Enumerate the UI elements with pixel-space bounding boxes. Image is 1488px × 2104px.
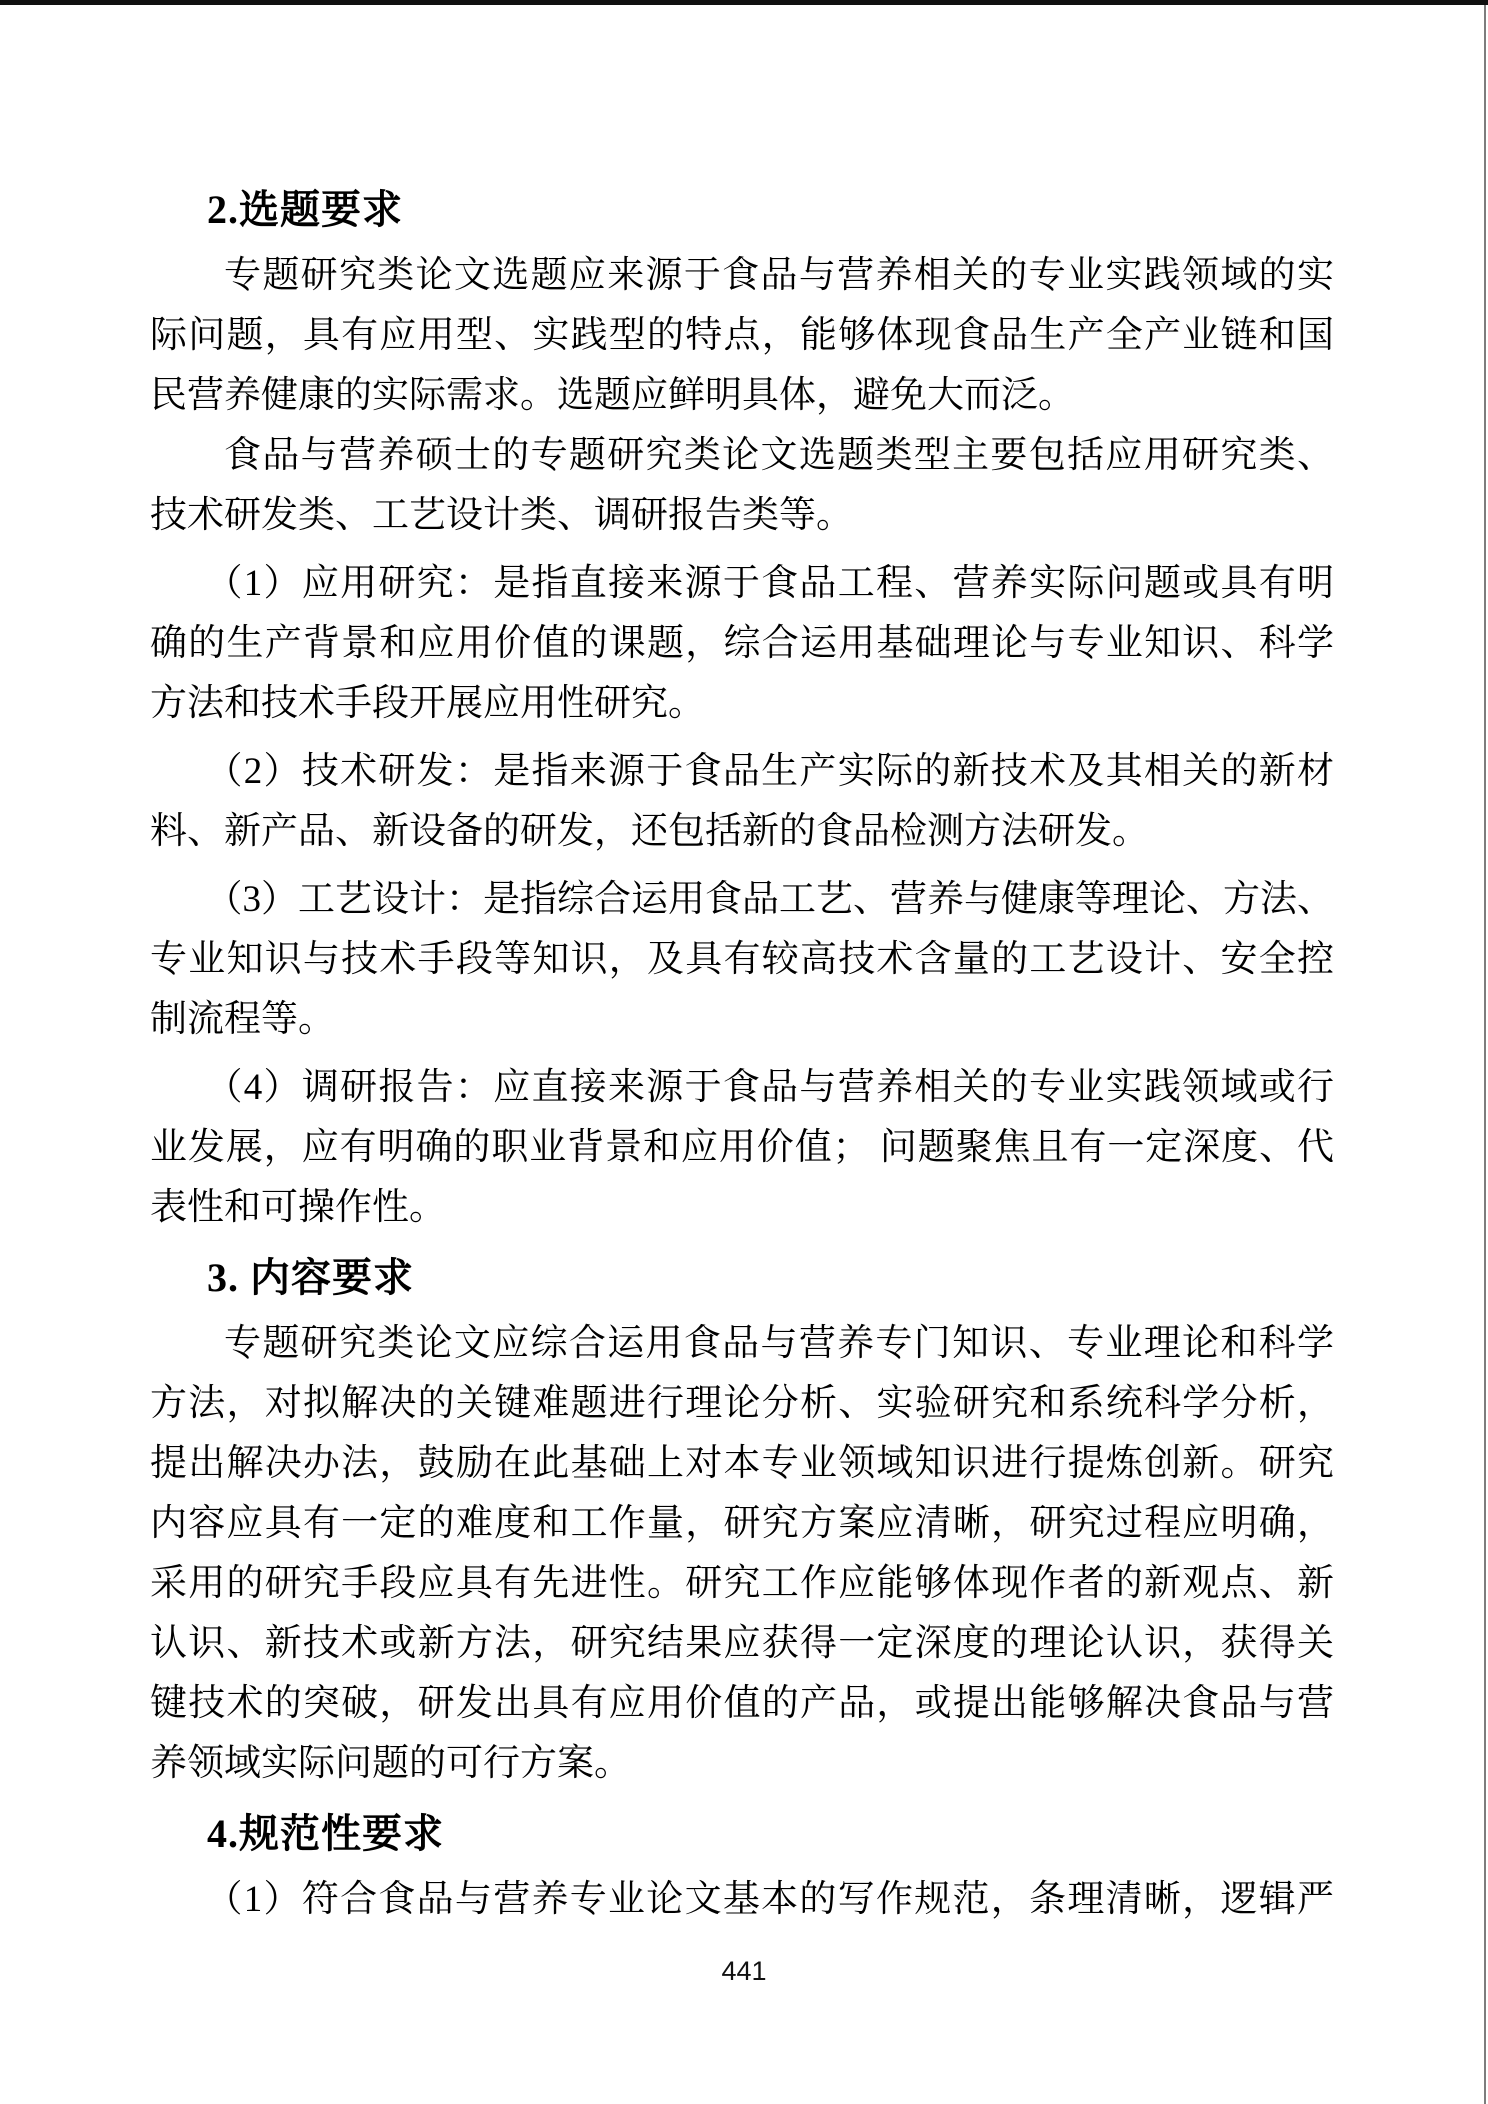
section-heading: 2.选题要求 <box>150 180 1334 240</box>
text-line: （4）调研报告：应直接来源于食品与营养相关的专业实践领域或行 <box>150 1058 1334 1118</box>
text-line: 专业知识与技术手段等知识，及具有较高技术含量的工艺设计、安全控 <box>150 930 1334 990</box>
section-heading: 4.规范性要求 <box>150 1804 1334 1864</box>
paragraph: 专题研究类论文选题应来源于食品与营养相关的专业实践领域的实际问题，具有应用型、实… <box>150 246 1334 426</box>
paragraph: （1）符合食品与营养专业论文基本的写作规范，条理清晰，逻辑严 <box>150 1870 1334 1930</box>
text-line: 养领域实际问题的可行方案。 <box>150 1734 1334 1794</box>
document-page: 2.选题要求专题研究类论文选题应来源于食品与营养相关的专业实践领域的实际问题，具… <box>0 0 1488 2104</box>
paragraph: （4）调研报告：应直接来源于食品与营养相关的专业实践领域或行业发展，应有明确的职… <box>150 1058 1334 1238</box>
paragraph: （2）技术研发：是指来源于食品生产实际的新技术及其相关的新材料、新产品、新设备的… <box>150 742 1334 862</box>
paragraph: （3）工艺设计：是指综合运用食品工艺、营养与健康等理论、方法、专业知识与技术手段… <box>150 870 1334 1050</box>
text-line: 表性和可操作性。 <box>150 1178 1334 1238</box>
text-line: 确的生产背景和应用价值的课题，综合运用基础理论与专业知识、科学 <box>150 614 1334 674</box>
text-line: （1）符合食品与营养专业论文基本的写作规范，条理清晰，逻辑严 <box>150 1870 1334 1930</box>
text-line: 食品与营养硕士的专题研究类论文选题类型主要包括应用研究类、 <box>150 426 1334 486</box>
text-line: 方法和技术手段开展应用性研究。 <box>150 674 1334 734</box>
text-line: （1）应用研究：是指直接来源于食品工程、营养实际问题或具有明 <box>150 554 1334 614</box>
text-line: 料、新产品、新设备的研发，还包括新的食品检测方法研发。 <box>150 802 1334 862</box>
text-line: 认识、新技术或新方法，研究结果应获得一定深度的理论认识，获得关 <box>150 1614 1334 1674</box>
text-line: 制流程等。 <box>150 990 1334 1050</box>
page-right-edge-line <box>1484 5 1486 2104</box>
paragraph: 食品与营养硕士的专题研究类论文选题类型主要包括应用研究类、技术研发类、工艺设计类… <box>150 426 1334 546</box>
text-line: 民营养健康的实际需求。选题应鲜明具体，避免大而泛。 <box>150 366 1334 426</box>
text-line: 提出解决办法，鼓励在此基础上对本专业领域知识进行提炼创新。研究 <box>150 1434 1334 1494</box>
document-body: 2.选题要求专题研究类论文选题应来源于食品与营养相关的专业实践领域的实际问题，具… <box>150 180 1334 1930</box>
text-line: （3）工艺设计：是指综合运用食品工艺、营养与健康等理论、方法、 <box>150 870 1334 930</box>
text-line: 采用的研究手段应具有先进性。研究工作应能够体现作者的新观点、新 <box>150 1554 1334 1614</box>
text-line: 专题研究类论文选题应来源于食品与营养相关的专业实践领域的实 <box>150 246 1334 306</box>
text-line: 际问题，具有应用型、实践型的特点，能够体现食品生产全产业链和国 <box>150 306 1334 366</box>
page-number: 441 <box>721 1956 766 1986</box>
text-line: 专题研究类论文应综合运用食品与营养专门知识、专业理论和科学 <box>150 1314 1334 1374</box>
text-line: 技术研发类、工艺设计类、调研报告类等。 <box>150 486 1334 546</box>
text-line: 方法，对拟解决的关键难题进行理论分析、实验研究和系统科学分析， <box>150 1374 1334 1434</box>
text-line: （2）技术研发：是指来源于食品生产实际的新技术及其相关的新材 <box>150 742 1334 802</box>
text-line: 键技术的突破，研发出具有应用价值的产品，或提出能够解决食品与营 <box>150 1674 1334 1734</box>
page-top-border <box>0 0 1488 5</box>
section-heading: 3. 内容要求 <box>150 1248 1334 1308</box>
paragraph: 专题研究类论文应综合运用食品与营养专门知识、专业理论和科学方法，对拟解决的关键难… <box>150 1314 1334 1794</box>
paragraph: （1）应用研究：是指直接来源于食品工程、营养实际问题或具有明确的生产背景和应用价… <box>150 554 1334 734</box>
text-line: 内容应具有一定的难度和工作量，研究方案应清晰，研究过程应明确， <box>150 1494 1334 1554</box>
text-line: 业发展，应有明确的职业背景和应用价值； 问题聚焦且有一定深度、代 <box>150 1118 1334 1178</box>
page-footer: 441 <box>0 1956 1488 1987</box>
